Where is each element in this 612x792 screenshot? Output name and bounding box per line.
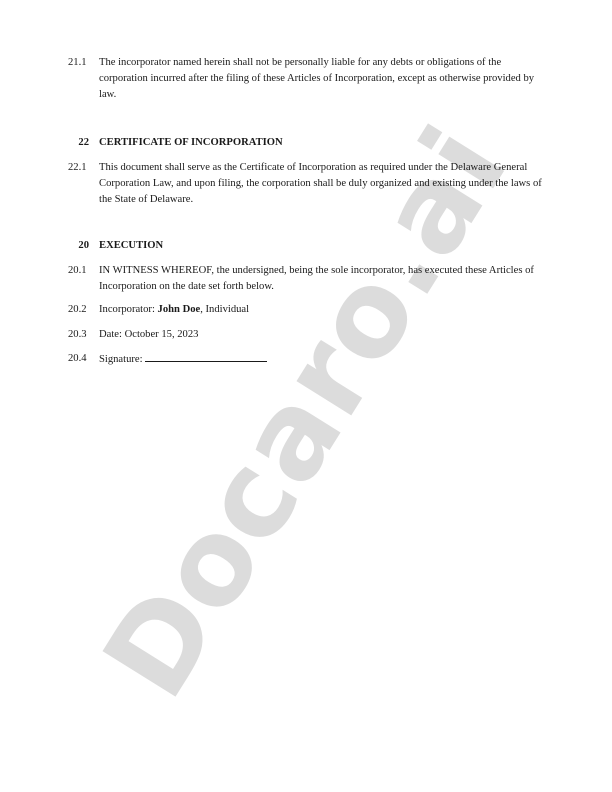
clause-text: The incorporator named herein shall not … bbox=[99, 55, 548, 103]
clause-22-1: 22.1 This document shall serve as the Ce… bbox=[68, 160, 548, 208]
document-page: 21.1 The incorporator named herein shall… bbox=[0, 0, 612, 792]
section-number: 22 bbox=[68, 135, 99, 151]
clause-text: IN WITNESS WHEREOF, the undersigned, bei… bbox=[99, 263, 548, 295]
date-text: Date: October 15, 2023 bbox=[99, 327, 548, 343]
section-number: 20 bbox=[68, 238, 99, 254]
clause-21-1: 21.1 The incorporator named herein shall… bbox=[68, 55, 548, 103]
signature-row: Signature: bbox=[99, 351, 548, 368]
clause-text: Incorporator: John Doe, Individual bbox=[99, 302, 548, 318]
clause-20-4: 20.4 Signature: bbox=[68, 351, 548, 368]
section-title: CERTIFICATE OF INCORPORATION bbox=[99, 135, 548, 151]
clause-20-3: 20.3 Date: October 15, 2023 bbox=[68, 327, 548, 343]
clause-number: 20.1 bbox=[68, 263, 99, 295]
section-title: EXECUTION bbox=[99, 238, 548, 254]
signature-line[interactable] bbox=[145, 351, 267, 362]
section-heading-20: 20 EXECUTION bbox=[68, 238, 548, 254]
clause-20-1: 20.1 IN WITNESS WHEREOF, the undersigned… bbox=[68, 263, 548, 295]
incorporator-type: , Individual bbox=[200, 304, 249, 315]
clause-number: 20.2 bbox=[68, 302, 99, 318]
clause-number: 22.1 bbox=[68, 160, 99, 208]
clause-20-2: 20.2 Incorporator: John Doe, Individual bbox=[68, 302, 548, 318]
section-heading-22: 22 CERTIFICATE OF INCORPORATION bbox=[68, 135, 548, 151]
incorporator-name: John Doe bbox=[158, 304, 201, 315]
signature-label: Signature: bbox=[99, 354, 143, 365]
clause-text: This document shall serve as the Certifi… bbox=[99, 160, 548, 208]
incorporator-label: Incorporator: bbox=[99, 304, 158, 315]
clause-number: 20.4 bbox=[68, 351, 99, 368]
clause-number: 21.1 bbox=[68, 55, 99, 103]
clause-number: 20.3 bbox=[68, 327, 99, 343]
